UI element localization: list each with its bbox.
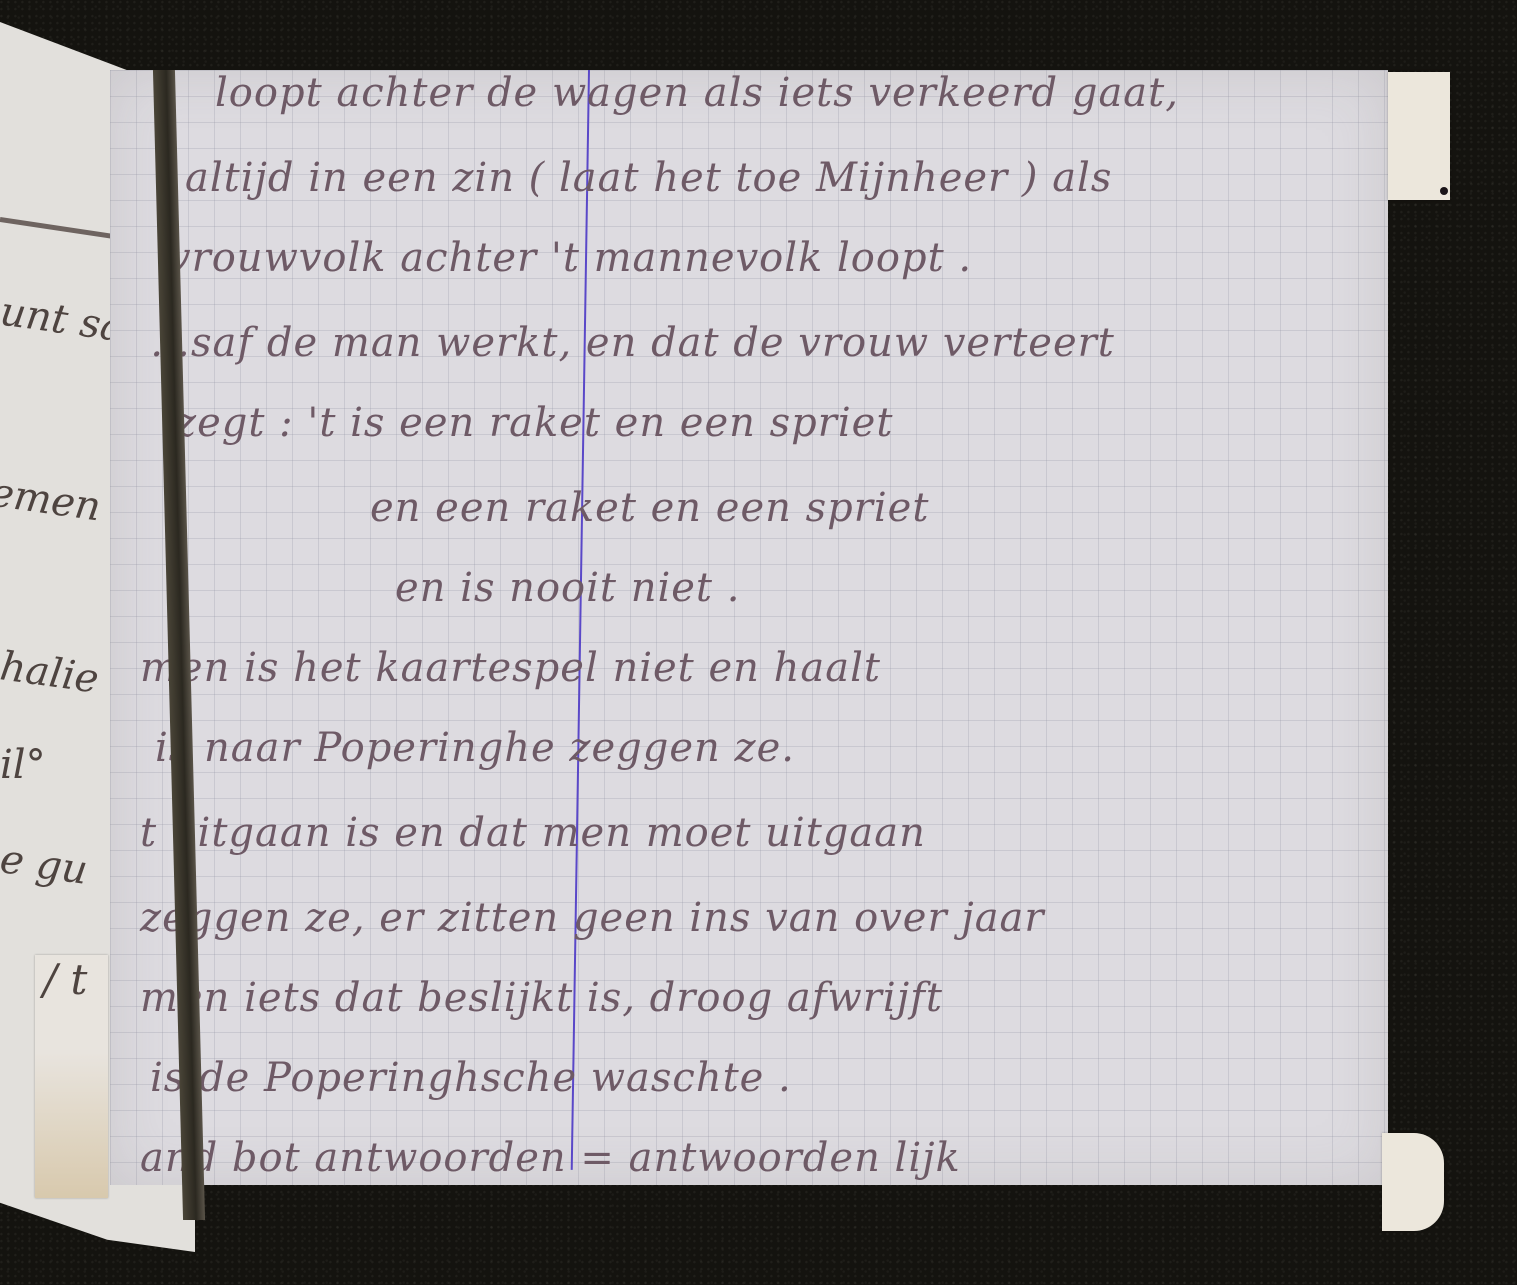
handwritten-line-2: altijd in een zin ( laat het toe Mijnhee… [185,155,1112,201]
left-page-fragment: / t [43,955,87,1004]
tape-hinge-bottom-left: / t [35,955,108,1198]
handwritten-line-6: en een raket en een spriet [370,485,929,531]
handwritten-line-13: is de Poperinghsche waschte . [150,1055,792,1101]
handwritten-line-3: vrouwvolk achter 't mannevolk loopt . [168,235,972,281]
handwritten-line-5: zegt : 't is een raket en een spriet [175,400,893,446]
handwritten-line-7: en is nooit niet . [395,565,740,611]
handwritten-line-10: t uitgaan is en dat men moet uitgaan [140,810,926,856]
left-page-fragment: emen [0,469,104,530]
grid-paper-sheet: loopt achter de wagen als iets verkeerd … [110,70,1388,1185]
handwritten-line-12: men iets dat beslijkt is, droog afwrijft [140,975,943,1021]
left-page-fragment: unt sa [0,289,127,352]
handwritten-line-11: zeggen ze, er zitten geen ins van over j… [140,895,1045,941]
handwritten-line-9: is naar Poperinghe zeggen ze. [155,725,795,771]
ink-dot [1440,187,1448,195]
handwritten-line-14: and bot antwoorden = antwoorden lijk [140,1135,961,1181]
handwritten-line-4: …saf de man werkt, en dat de vrouw verte… [150,320,1115,366]
tape-hinge-bottom-right [1382,1133,1444,1231]
tape-hinge-top-right [1388,72,1450,200]
left-page-fragment: halie [0,643,102,702]
handwritten-line-1: loopt achter de wagen als iets verkeerd … [215,70,1179,116]
handwritten-line-8: men is het kaartespel niet en haalt [140,645,881,691]
left-page-fragment: e gu [0,836,91,894]
left-page-fragment: il° [0,742,46,788]
